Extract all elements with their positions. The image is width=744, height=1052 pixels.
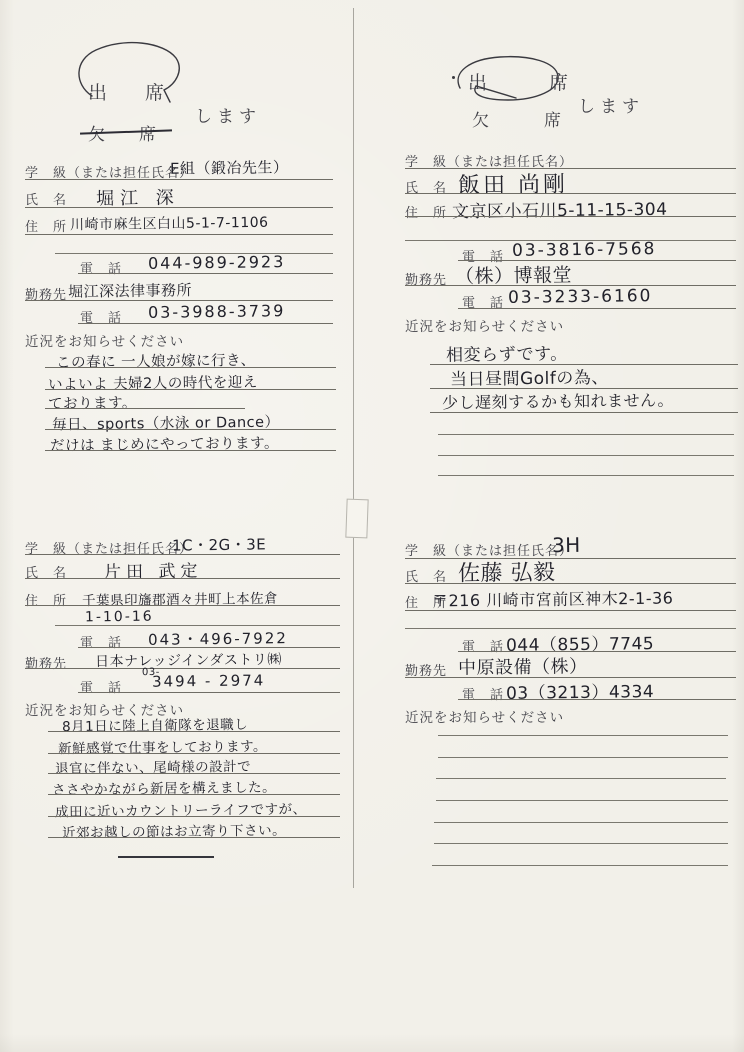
rule-line [48, 837, 340, 838]
rule-line [405, 628, 736, 629]
attend-label: 出 席 [468, 68, 576, 95]
workplace-value: 中原設備（株） [458, 652, 588, 680]
rule-line [78, 647, 340, 648]
rule-line [48, 731, 340, 732]
address-value: 文京区小石川5-11-15-304 [452, 195, 668, 223]
page-fold-divider [353, 8, 354, 888]
rule-line [25, 668, 340, 669]
rule-line [25, 300, 333, 301]
rule-line [438, 757, 728, 758]
comment-line: 毎日、sports（水泳 or Dance） [52, 411, 280, 435]
class-value: 1C・2G・3E [172, 533, 266, 555]
comment-line: 成田に近いカウントリーライフですが、 [55, 797, 307, 820]
address-value: 川崎市麻生区白山5-1-7-1106 [70, 212, 269, 234]
comment-line: この春に 一人娘が嫁に行き、 [56, 349, 256, 372]
phone-work-value: 03-3988-3739 [148, 301, 286, 322]
rule-line [45, 367, 336, 368]
phone-home-value: 03-3816-7568 [512, 239, 657, 261]
rule-line [25, 605, 340, 606]
rule-line [405, 168, 736, 169]
comment-line: だけは まじめにやっております。 [50, 432, 279, 456]
rule-line [405, 285, 736, 286]
rule-line [78, 692, 340, 693]
address-label: 住 所 [25, 590, 67, 609]
rule-line [405, 216, 736, 217]
class-value: E組（鍛冶先生） [170, 156, 289, 178]
name-value: 飯田 尚剛 [458, 167, 568, 199]
news-label: 近況をお知らせください [405, 706, 564, 726]
phone-work-value: 03-3233-6160 [508, 286, 653, 308]
page-fold-notch [345, 499, 368, 539]
workplace-value: 堀江深法律事務所 [68, 279, 192, 302]
rule-line [25, 234, 333, 235]
rule-line [405, 558, 736, 559]
rule-line [45, 408, 245, 409]
phone-label: 電 話 [80, 677, 122, 696]
absent-label: 欠 席 [472, 106, 568, 131]
comment-line: ております。 [48, 391, 137, 413]
rule-line [48, 753, 340, 754]
rule-line [405, 610, 736, 611]
rule-line [405, 193, 736, 194]
rule-line [436, 800, 728, 801]
attend-label: 出 席 [88, 78, 164, 105]
rule-line [48, 773, 340, 774]
stray-mark [118, 856, 214, 858]
rule-line [438, 455, 734, 456]
rule-line [25, 207, 333, 208]
rule-line [405, 583, 736, 584]
name-label: 氏 名 [25, 189, 67, 208]
rule-line [438, 434, 734, 435]
rule-line [55, 625, 340, 626]
news-label: 近況をお知らせください [25, 330, 184, 350]
rule-line [45, 450, 336, 451]
rule-line [48, 794, 340, 795]
comment-line: 相変らずです。 [446, 339, 568, 365]
comment-line: 少し遅刻するかも知れません。 [442, 388, 674, 414]
address-label: 住 所 [405, 202, 447, 221]
address-value: 〒216 川崎市宮前区神木2-1-36 [432, 586, 674, 612]
address-value-2: 1-10-16 [85, 609, 154, 626]
rule-line [25, 554, 340, 555]
attend-suffix-label: します [195, 102, 261, 127]
phone-home-value: 044-989-2923 [148, 252, 286, 273]
rule-line [458, 308, 736, 309]
comment-line: 当日昼間Golfの為、 [450, 363, 609, 390]
rule-line [45, 389, 336, 390]
phone-label: 電 話 [462, 684, 504, 703]
rule-line [434, 843, 728, 844]
phone-label: 電 話 [80, 632, 122, 651]
rule-line [458, 651, 736, 652]
rule-line [430, 412, 738, 413]
news-label: 近況をお知らせください [405, 315, 564, 335]
rule-line [436, 778, 726, 779]
comment-line: いよいよ 夫婦2人の時代を迎え [48, 371, 258, 395]
phone-label: 電 話 [462, 636, 504, 655]
rule-line [45, 429, 336, 430]
workplace-label: 勤務先 [25, 653, 67, 672]
rule-line [78, 273, 333, 274]
rule-line [48, 816, 340, 817]
rule-line [438, 735, 728, 736]
rule-line [432, 865, 728, 866]
address-label: 住 所 [25, 216, 67, 235]
phone-work-value: 3494 - 2974 [152, 671, 266, 690]
rule-line [438, 475, 734, 476]
attend-suffix-label: します [578, 92, 644, 117]
rule-line [78, 323, 333, 324]
rule-line [458, 699, 736, 700]
class-value: 3H [552, 533, 581, 557]
rule-line [25, 578, 340, 579]
rule-line [434, 822, 728, 823]
phone-label: 電 話 [80, 258, 122, 277]
rule-line [25, 179, 333, 180]
scan-shading [0, 0, 744, 1052]
